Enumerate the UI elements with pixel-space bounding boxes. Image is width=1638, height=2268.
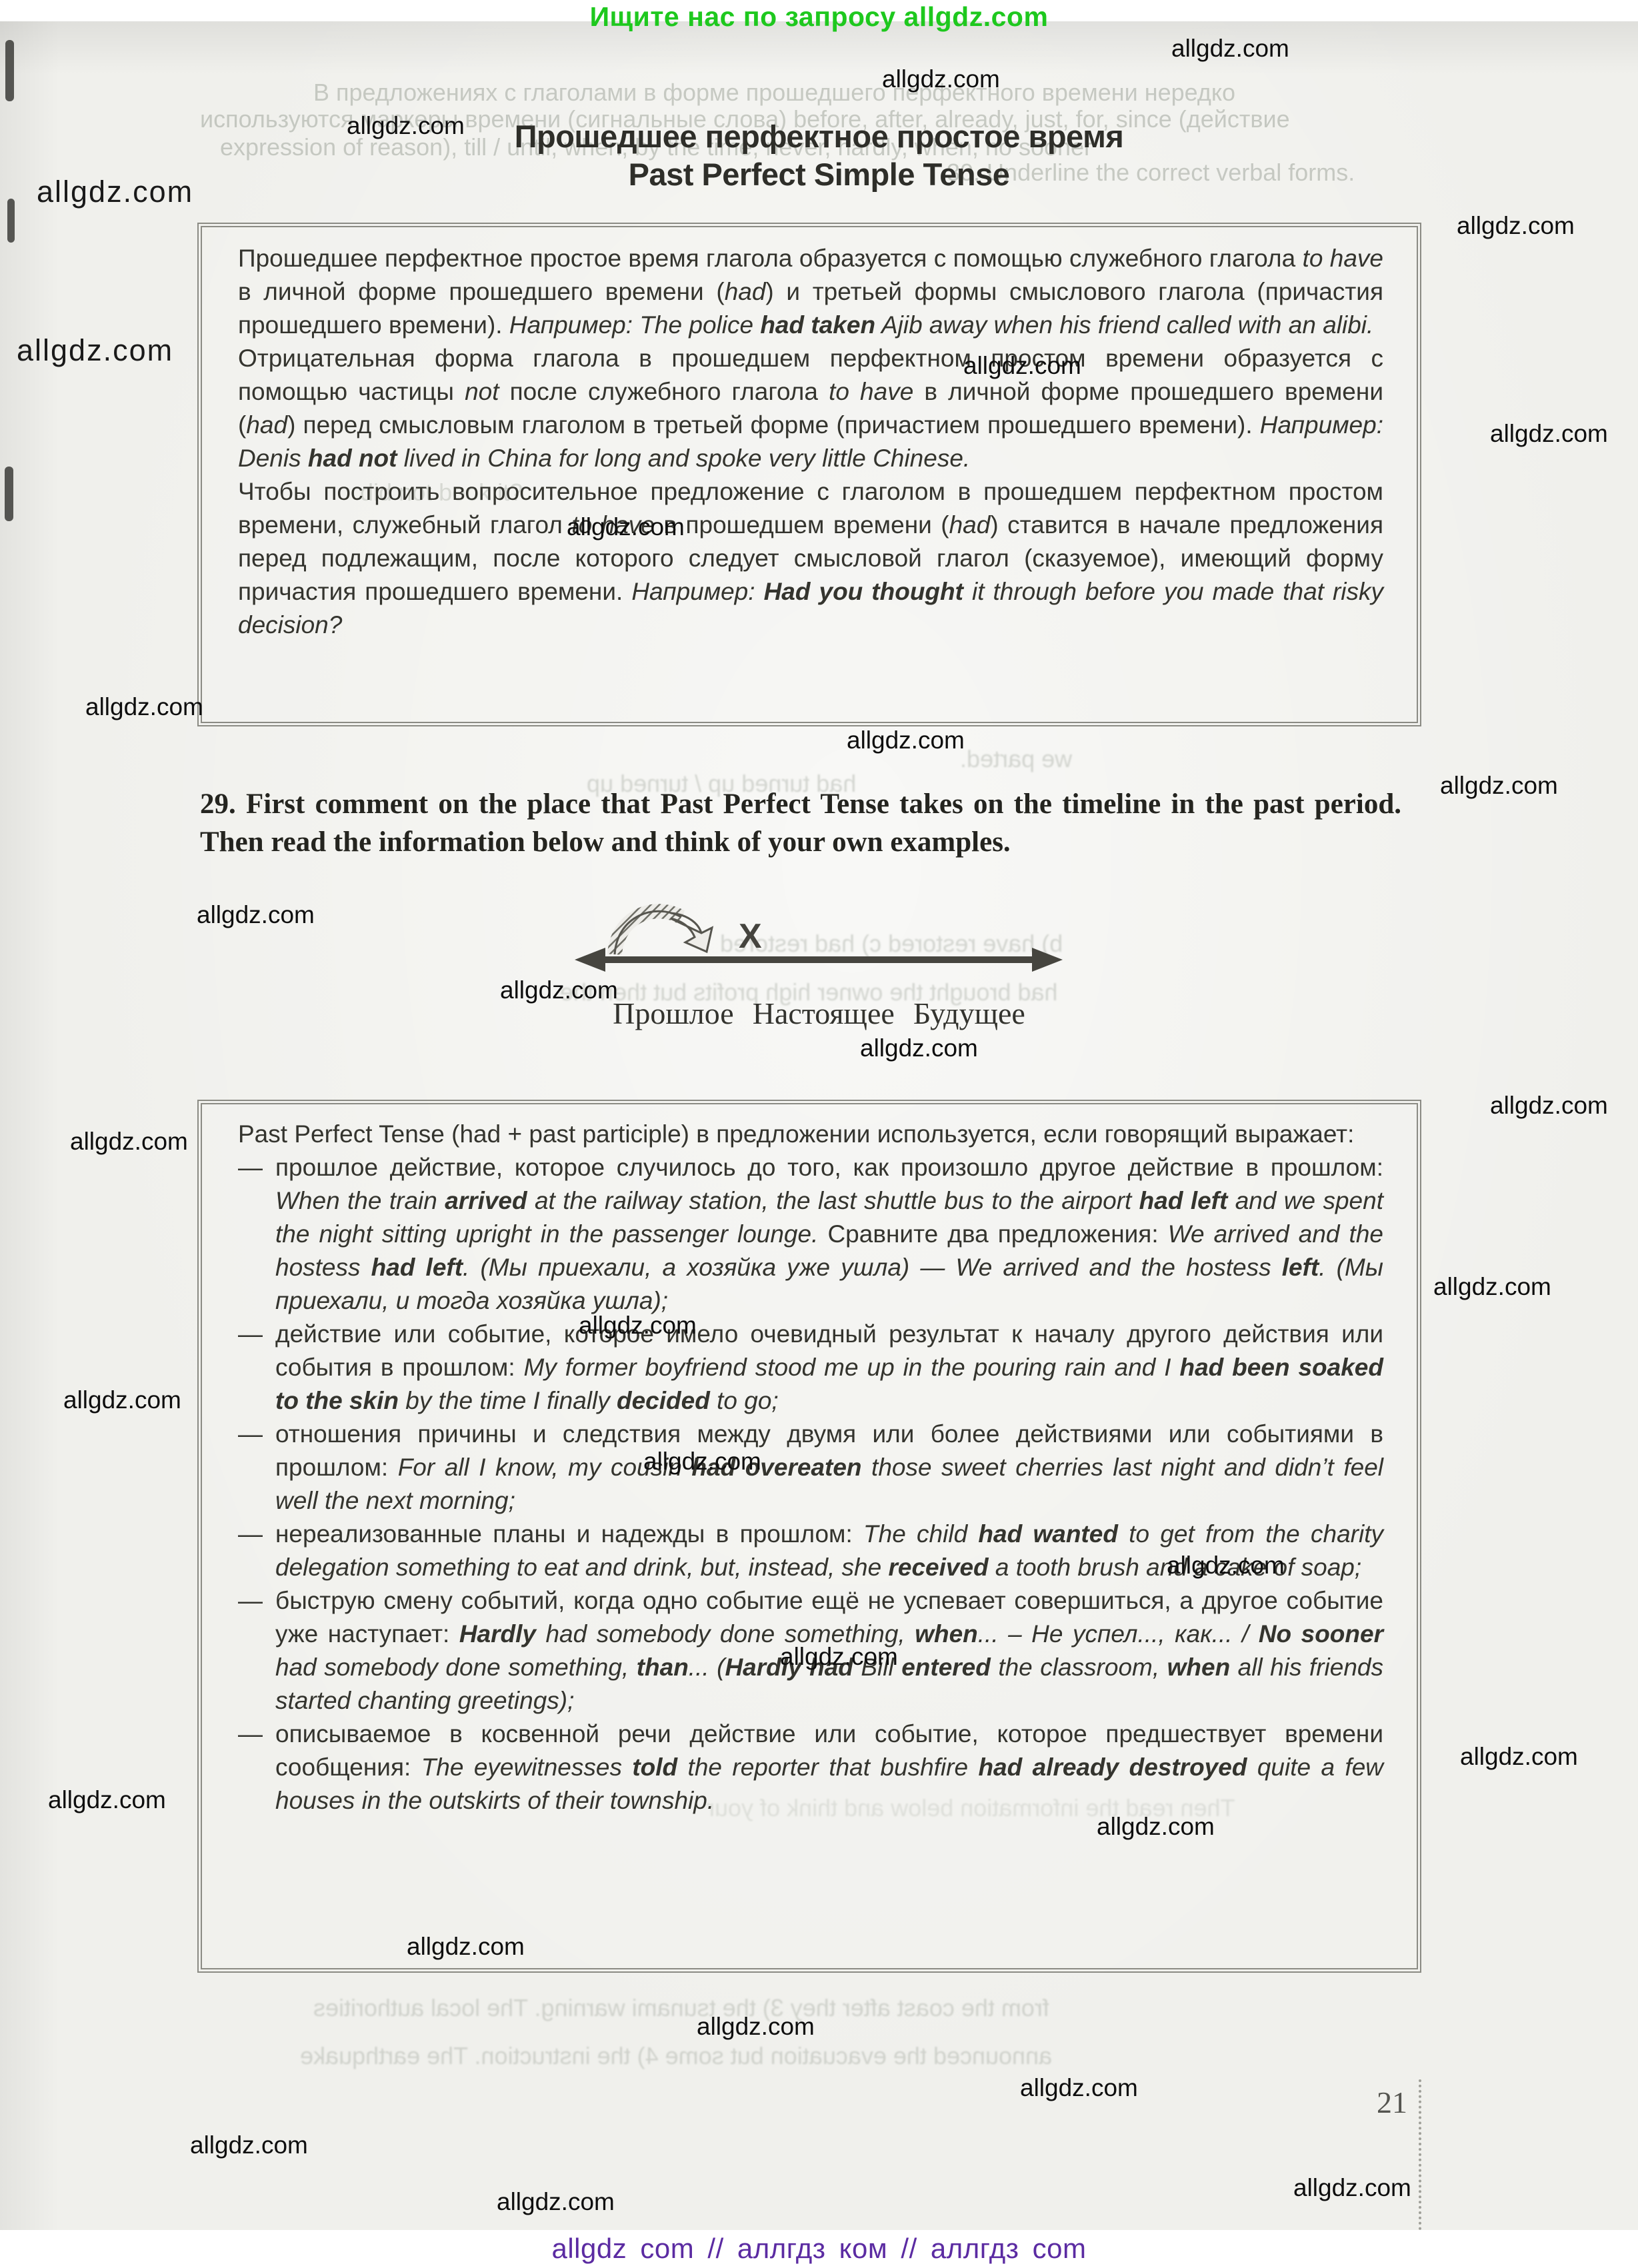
watermark: allgdz.com bbox=[567, 513, 685, 541]
watermark: allgdz.com bbox=[48, 1786, 166, 1814]
footer-domains: allgdz com // аллгдз ком // аллгдз com bbox=[0, 2233, 1638, 2265]
bleedthrough-text: announced the evacuation but some 4) the… bbox=[300, 2042, 1052, 2070]
watermark: allgdz.com bbox=[500, 976, 618, 1004]
scan-artifact bbox=[7, 199, 15, 243]
watermark: allgdz.com bbox=[1171, 35, 1289, 63]
watermark: allgdz.com bbox=[1167, 1552, 1285, 1580]
bleedthrough-text: from the coast after they 3) the tsunami… bbox=[313, 1994, 1049, 2022]
label-present: Настоящее bbox=[753, 996, 895, 1031]
watermark: allgdz.com bbox=[37, 175, 193, 209]
page-edge-line bbox=[1419, 2079, 1421, 2230]
bleedthrough-text: В предложениях с глаголами в форме проше… bbox=[313, 79, 1235, 107]
bullet-dash: — bbox=[238, 1584, 275, 1618]
label-past: Прошлое bbox=[613, 996, 734, 1031]
past-event-arc bbox=[615, 911, 712, 954]
usage-item: —действие или событие, которое имело оче… bbox=[238, 1318, 1383, 1418]
watermark: allgdz.com bbox=[1293, 2174, 1411, 2202]
watermark: allgdz.com bbox=[70, 1128, 188, 1156]
watermark: allgdz.com bbox=[1433, 1273, 1551, 1301]
rule-paragraph: Чтобы построить вопросительное предложен… bbox=[238, 475, 1383, 642]
watermark: allgdz.com bbox=[1490, 420, 1608, 448]
usage-list: —прошлое действие, которое случилось до … bbox=[238, 1151, 1383, 1817]
page-number: 21 bbox=[1359, 2085, 1425, 2120]
watermark: allgdz.com bbox=[85, 693, 203, 721]
usage-intro: Past Perfect Tense (had + past participl… bbox=[238, 1118, 1383, 1151]
timeline-svg: X bbox=[571, 890, 1067, 978]
label-future: Будущее bbox=[913, 996, 1025, 1031]
watermark: allgdz.com bbox=[63, 1386, 181, 1414]
watermark: allgdz.com bbox=[407, 1933, 525, 1961]
timeline-arrow bbox=[575, 948, 1063, 972]
bullet-dash: — bbox=[238, 1518, 275, 1551]
watermark: allgdz.com bbox=[197, 901, 315, 929]
watermark: allgdz.com bbox=[963, 352, 1081, 380]
watermark: allgdz.com bbox=[579, 1312, 697, 1340]
watermark: allgdz.com bbox=[1020, 2074, 1138, 2102]
usage-rule-box: Past Perfect Tense (had + past participl… bbox=[197, 1100, 1421, 1973]
watermark: allgdz.com bbox=[1460, 1743, 1578, 1771]
exercise-29-instruction: 29. First comment on the place that Past… bbox=[200, 785, 1401, 861]
scan-artifact bbox=[5, 40, 14, 101]
watermark: allgdz.com bbox=[1097, 1813, 1215, 1841]
bullet-dash: — bbox=[238, 1418, 275, 1451]
watermark: allgdz.com bbox=[17, 333, 173, 368]
usage-item: —описываемое в косвенной речи действие и… bbox=[238, 1717, 1383, 1817]
arc-arrowhead bbox=[671, 918, 712, 952]
timeline-diagram: X bbox=[571, 890, 1067, 978]
usage-item: —прошлое действие, которое случилось до … bbox=[238, 1151, 1383, 1318]
x-mark: X bbox=[739, 917, 762, 956]
scan-artifact bbox=[5, 467, 13, 521]
watermark: allgdz.com bbox=[1457, 212, 1575, 240]
watermark: allgdz.com bbox=[697, 2013, 815, 2041]
bleedthrough-text: we parted. bbox=[960, 745, 1072, 773]
title-en: Past Perfect Simple Tense bbox=[0, 155, 1638, 193]
bullet-dash: — bbox=[238, 1151, 275, 1184]
watermark: allgdz.com bbox=[190, 2131, 308, 2159]
watermark: allgdz.com bbox=[497, 2188, 615, 2216]
promo-banner: Ищите нас по запросу allgdz.com bbox=[0, 1, 1638, 33]
watermark: allgdz.com bbox=[1440, 772, 1558, 800]
page-title: Прошедшее перфектное простое время Past … bbox=[0, 117, 1638, 193]
rule-paragraph: Отрицательная форма глагола в прошедшем … bbox=[238, 342, 1383, 475]
rule-paragraph: Прошедшее перфектное простое время глаго… bbox=[238, 242, 1383, 342]
bullet-dash: — bbox=[238, 1318, 275, 1351]
watermark: allgdz.com bbox=[780, 1643, 898, 1671]
title-ru: Прошедшее перфектное простое время bbox=[0, 117, 1638, 155]
watermark: allgdz.com bbox=[847, 726, 965, 754]
bullet-dash: — bbox=[238, 1717, 275, 1751]
timeline-labels: Прошлое Настоящее Будущее bbox=[0, 996, 1638, 1031]
watermark: allgdz.com bbox=[643, 1448, 761, 1476]
formation-rule-box: Прошедшее перфектное простое время глаго… bbox=[197, 223, 1421, 726]
watermark: allgdz.com bbox=[860, 1034, 978, 1062]
watermark: allgdz.com bbox=[347, 112, 465, 140]
usage-item: —отношения причины и следствия между дву… bbox=[238, 1418, 1383, 1518]
watermark: allgdz.com bbox=[882, 65, 1000, 93]
watermark: allgdz.com bbox=[1490, 1092, 1608, 1120]
